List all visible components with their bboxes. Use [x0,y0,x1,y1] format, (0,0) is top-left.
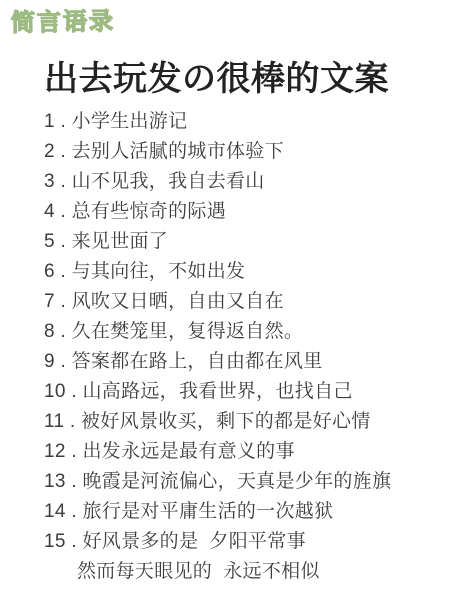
list-item: 14 . 旅行是对平庸生活的一次越狱 [44,497,439,527]
list-item: 7 . 风吹又日晒，自由又自在 [44,287,439,317]
list-item: 2 . 去别人活腻的城市体验下 [44,137,439,167]
list-item: 10 . 山高路远，我看世界，也找自己 [44,377,439,407]
brand-watermark: 简言语录 [11,7,116,39]
list-item: 6 . 与其向往，不如出发 [44,257,439,287]
quote-list: 1 . 小学生出游记 2 . 去别人活腻的城市体验下 3 . 山不见我，我自去看… [44,107,439,587]
list-item: 5 . 来见世面了 [44,227,439,257]
list-item: 12 . 出发永远是最有意义的事 [44,437,439,467]
list-item: 3 . 山不见我，我自去看山 [44,167,439,197]
list-item: 9 . 答案都在路上，自由都在风里 [44,347,439,377]
list-item: 13 . 晚霞是河流偏心，天真是少年的旌旗 [44,467,439,497]
list-item: 15 . 好风景多的是 夕阳平常事 [44,527,439,557]
list-item: 11 . 被好风景收买，剩下的都是好心情 [44,407,439,437]
list-item: 1 . 小学生出游记 [44,107,439,137]
list-item: 8 . 久在樊笼里，复得返自然。 [44,317,439,347]
quote-card: 简言语录 出去玩发の很棒的文案 1 . 小学生出游记 2 . 去别人活腻的城市体… [0,0,449,600]
page-title: 出去玩发の很棒的文案 [44,58,389,100]
list-item-continuation: 然而每天眼见的 永远不相似 [44,557,439,587]
list-item: 4 . 总有些惊奇的际遇 [44,197,439,227]
